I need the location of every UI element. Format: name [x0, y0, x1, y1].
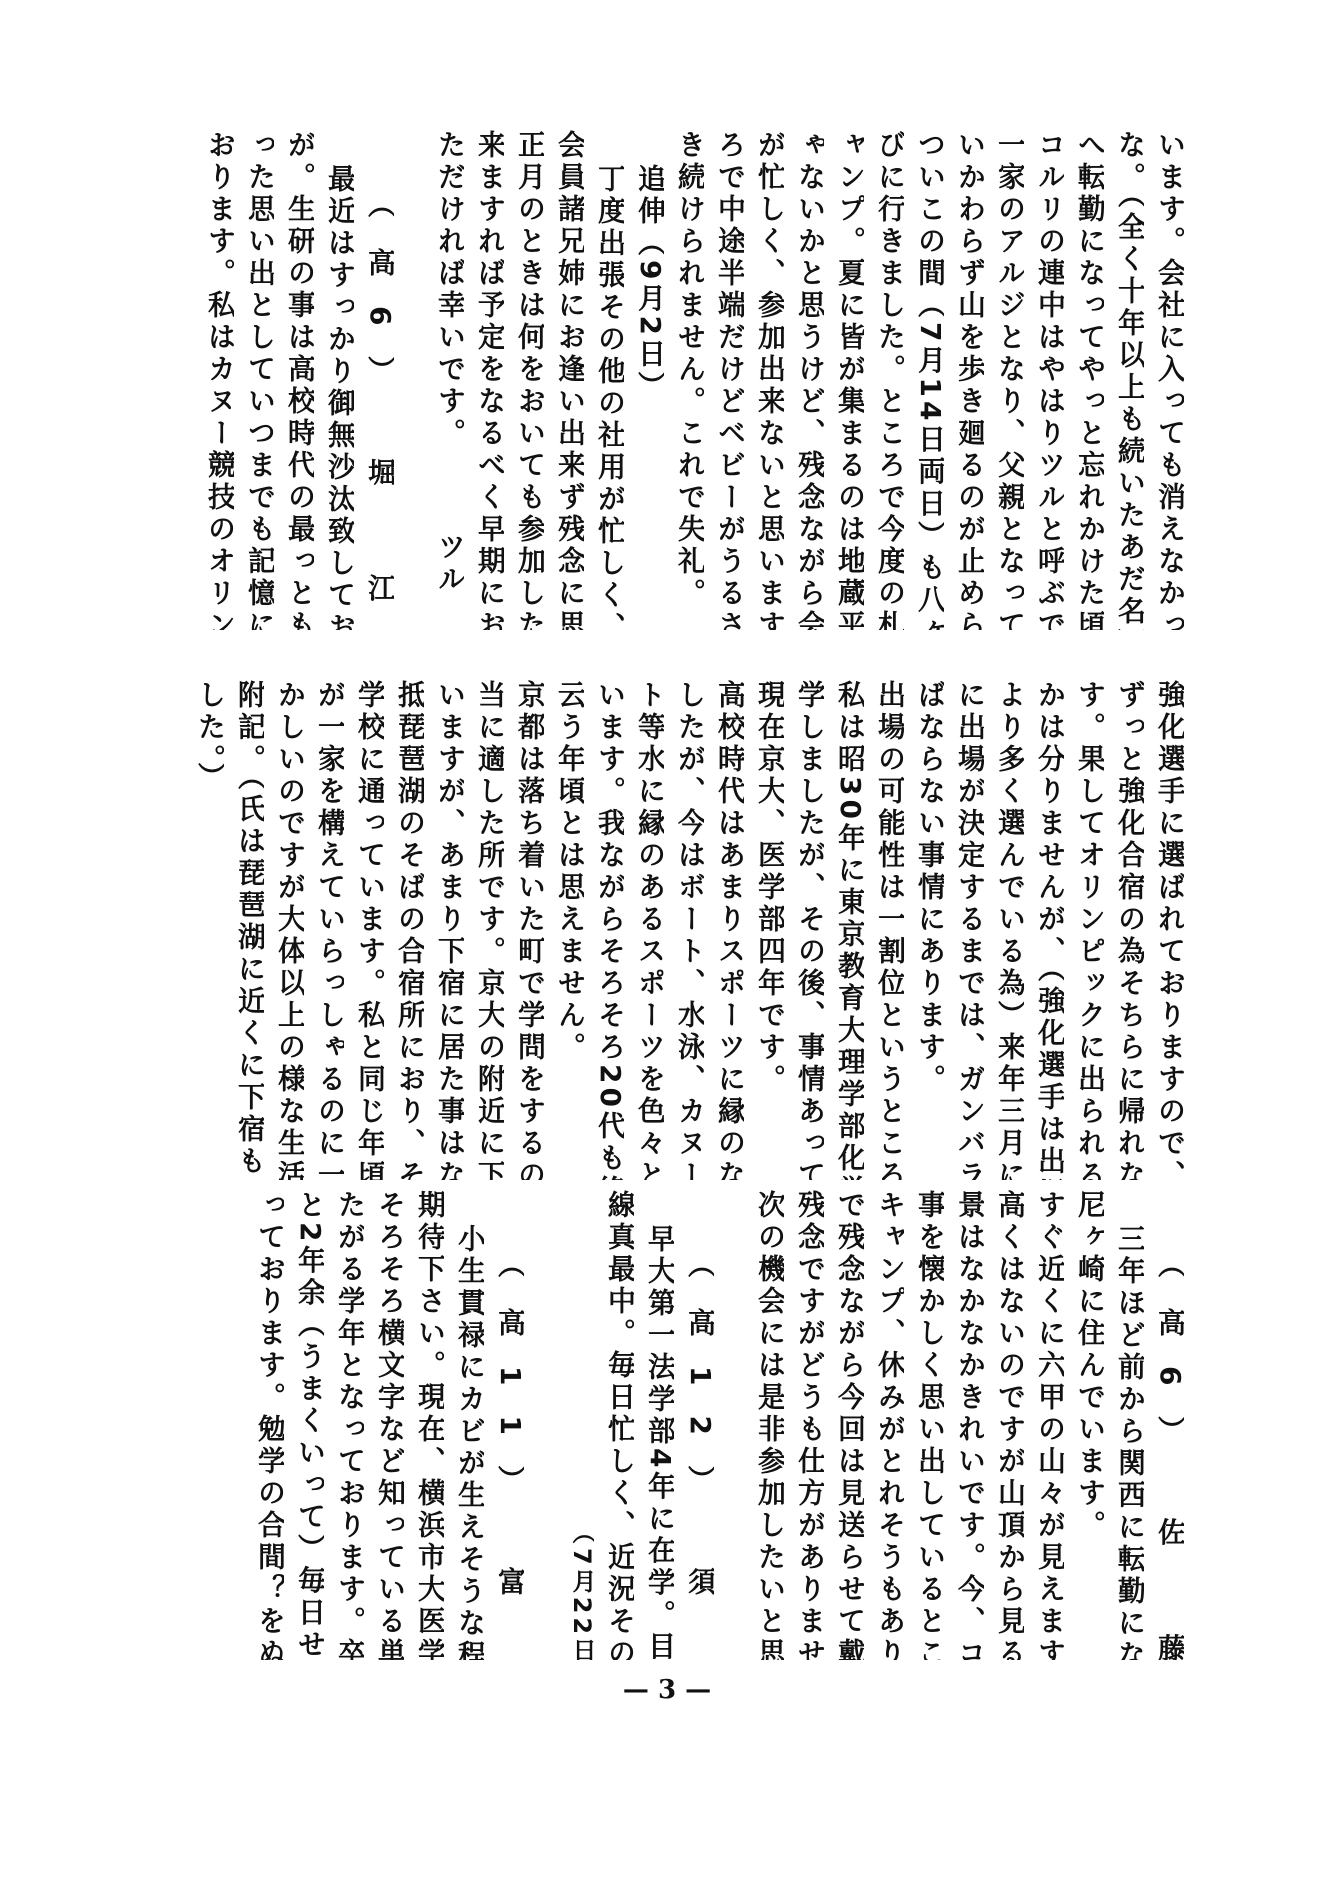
date-line: （7月22日） — [554, 1190, 594, 1660]
text-column: な。（全く十年以上も続いたあだ名）も駁 — [1104, 130, 1144, 630]
text-column: 強化選手に選ばれておりますので、今夏は — [1144, 680, 1184, 1180]
text-column: いかわらず山を歩き廻るのが止められず、 — [944, 130, 984, 630]
text-column: 次の機会には是非参加したいと思います。 — [744, 1190, 784, 1660]
text-column: キャンプ、休みがとれそうもありませんの — [864, 1190, 904, 1660]
text-column: ついこの間（7月14日両日）も八ヶ岳に遊 — [904, 130, 944, 630]
author-heading: （高11） 富 田 康 彦 — [484, 1190, 524, 1660]
text-band-top: います。会社に入っても消えなかったあだ な。（全く十年以上も続いたあだ名）も駁 … — [194, 130, 1184, 630]
author-heading: （高6） 佐 藤 利 明 — [1144, 1190, 1184, 1660]
text-column: すぐ近くに六甲の山々が見えます。あまり — [1024, 1190, 1064, 1660]
text-column: 小生貫禄にカビが生えそうな程です。御 — [444, 1190, 484, 1660]
text-column: った思い出としていつまでも記憶に残って — [234, 130, 274, 630]
page-number: — 3 — — [0, 1675, 1334, 1705]
text-column: ト等水に縁のあるスポーツを色々とやって — [624, 680, 664, 1180]
text-column: 云う年頃とは思えません。 — [544, 680, 584, 1180]
text-column: 早大第一法学部4年に在学。目下就職戦 — [634, 1190, 674, 1660]
text-column: が一家を構えていらっしゃるのに一寸はず — [304, 680, 344, 1180]
text-column: います。会社に入っても消えなかったあだ — [1144, 130, 1184, 630]
text-column: 景はなかなかきれいです。今、コルリ会の — [944, 1190, 984, 1660]
text-column: 正月のときは何をおいても参加したく、出 — [504, 130, 544, 630]
text-column: 私は昭30年に東京教育大理学部化学科に入 — [824, 680, 864, 1180]
text-column: たがる学年となっております。卒業まであ — [324, 1190, 364, 1660]
text-column: で残念ながら今回は見送らせて戴きます。 — [824, 1190, 864, 1660]
text-column: 現在京大、医学部四年です。 — [744, 680, 784, 1180]
text-column: ずっと強化合宿の為そちらに帰れないので — [1104, 680, 1144, 1180]
text-column: 京都は落ち着いた町で学問をするのには本 — [504, 680, 544, 1180]
author-heading: （高12） 須 藤 容 一 — [674, 1190, 714, 1660]
text-column: き続けられません。これで失礼。 — [664, 130, 704, 630]
text-column: っております。勉学の合間？をぬってテニ — [244, 1190, 284, 1660]
text-column: 会員諸兄姉にお逢い出来ず残念に思います。 — [544, 130, 584, 630]
text-column: と2年余（うまくいって）毎日せっせと通 — [284, 1190, 324, 1660]
text-column: ただければ幸いです。 ツル — [424, 130, 464, 630]
text-column: びに行きました。ところで今度の札掛のキ — [864, 130, 904, 630]
text-column: 学校に通っています。私と同じ年頃の方々 — [344, 680, 384, 1180]
text-column: そろそろ横文字など知っている単語を使い — [364, 1190, 404, 1660]
text-column: す。果してオリンピックに出られるかどう — [1064, 680, 1104, 1180]
text-column: 附記。（氏は琵琶湖に近くに下宿もかえま — [224, 680, 264, 1180]
text-band-bottom: （高6） 佐 藤 利 明 三年ほど前から関西に転勤になって現在 尼ヶ崎に住んでい… — [244, 1190, 1184, 1660]
text-column: 抵琵琶湖のそばの合宿所におり、そこから — [384, 680, 424, 1180]
text-column: が忙しく、参加出来ないと思います。とこ — [744, 130, 784, 630]
text-column: ばならない事情にあります。 — [904, 680, 944, 1180]
text-column: 三年ほど前から関西に転勤になって現在 — [1104, 1190, 1144, 1660]
text-column: 学しましたが、その後、事情あってやめ、 — [784, 680, 824, 1180]
text-column: コルリの連中はやはりツルと呼ぶでしょう。 — [1024, 130, 1064, 630]
text-column: 一家のアルジとなり、父親となっても、あ — [984, 130, 1024, 630]
author-heading: （高6） 堀 江 京 子 — [354, 130, 394, 630]
text-column: 丁度出張その他の社用が忙しく、ついに — [584, 130, 624, 630]
text-column: より多く選んでいる為）来年三月に最終的 — [984, 680, 1024, 1180]
text-column: かしいのですが大体以上の様な生活です。 — [264, 680, 304, 1180]
text-column: 当に適した所です。京大の附近に下宿して — [464, 680, 504, 1180]
text-column: したが、今はボート、水泳、カヌー、ヨッ — [664, 680, 704, 1180]
text-column: に出場が決定するまでは、ガンバラなけれ — [944, 680, 984, 1180]
text-band-middle: 強化選手に選ばれておりますので、今夏は ずっと強化合宿の為そちらに帰れないので … — [184, 680, 1184, 1180]
text-column: 出場の可能性は一割位というところ。さて、 — [864, 680, 904, 1180]
text-column: 期待下さい。現在、横浜市大医学部4年。 — [404, 1190, 444, 1660]
spacer — [714, 1190, 744, 1660]
text-column: 高校時代はあまりスポーツに縁のない私で — [704, 680, 744, 1180]
text-column: 最近はすっかり御無沙汰致しておりま す — [314, 130, 354, 630]
text-column: ゃないかと思うけど、残念ながら会社の方 — [784, 130, 824, 630]
text-column: した。） — [184, 680, 224, 1180]
text-column: ャンプ。夏に皆が集まるのは地蔵平以来じ — [824, 130, 864, 630]
text-column: 高くはないのですが山頂から見る神戸の夜 — [984, 1190, 1024, 1660]
text-column: おります。私はカヌー競技のオリンピック — [194, 130, 234, 630]
text-column: が。生研の事は高校時代の最っとも楽しか — [274, 130, 314, 630]
text-column: 来ますれば予定をなるべく早期にお知せい — [464, 130, 504, 630]
text-column: いますが、あまり下宿に居た事はなく、大 — [424, 680, 464, 1180]
text-column: へ転勤になってやっと忘れかけた頃ですが、 — [1064, 130, 1104, 630]
text-column: 事を懐かしく思い出しているところです。 — [904, 1190, 944, 1660]
text-column: かは分りませんが、（強化選手は出場選手 — [1024, 680, 1064, 1180]
spacer — [524, 1190, 554, 1660]
spacer — [394, 130, 424, 630]
text-column: 線真最中。毎日忙しく、近況その他省略 — [594, 1190, 634, 1660]
text-column: 残念ですがどうも仕方がありません。この — [784, 1190, 824, 1660]
postscript-heading: 追伸（9月2日） — [624, 130, 664, 630]
text-column: ろで中途半端だけどベビーがうるさくて書 — [704, 130, 744, 630]
text-column: 尼ヶ崎に住んでいます。 — [1064, 1190, 1104, 1660]
text-column: います。我ながらそろそろ20代も終ろうと — [584, 680, 624, 1180]
